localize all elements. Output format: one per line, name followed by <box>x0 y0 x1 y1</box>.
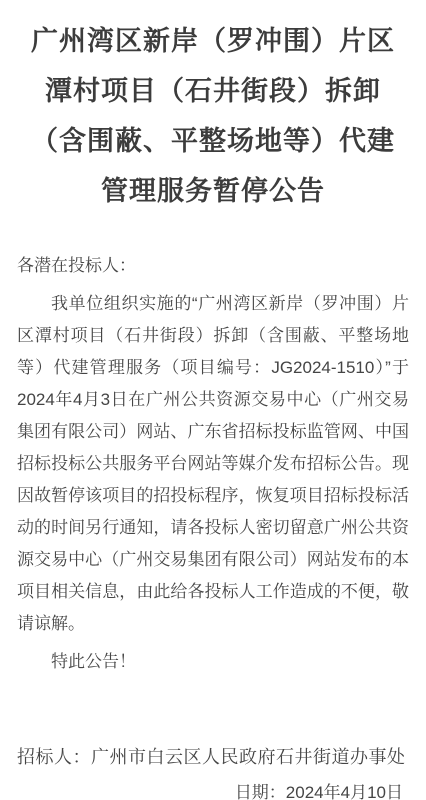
title-line-4: 管理服务暂停公告 <box>17 166 409 216</box>
salutation-line: 各潜在投标人： <box>17 250 409 282</box>
body-paragraph: 我单位组织实施的“广州湾区新岸（罗冲围）片区潭村项目（石井街段）拆卸（含围蔽、平… <box>17 288 409 640</box>
date-line: 日期：2024年4月10日 <box>17 779 403 800</box>
title-line-1: 广州湾区新岸（罗冲围）片区 <box>17 16 409 66</box>
title-line-2: 潭村项目（石井街段）拆卸 <box>17 66 409 116</box>
title-line-3: （含围蔽、平整场地等）代建 <box>17 116 409 166</box>
page-title: 广州湾区新岸（罗冲围）片区 潭村项目（石井街段）拆卸 （含围蔽、平整场地等）代建… <box>17 16 409 216</box>
issuer-line: 招标人：广州市白云区人民政府石井街道办事处 <box>17 741 409 773</box>
closing-statement: 特此公告！ <box>17 646 409 678</box>
announcement-document: 广州湾区新岸（罗冲围）片区 潭村项目（石井街段）拆卸 （含围蔽、平整场地等）代建… <box>0 0 426 800</box>
signature-block: 招标人：广州市白云区人民政府石井街道办事处 日期：2024年4月10日 <box>17 741 409 800</box>
